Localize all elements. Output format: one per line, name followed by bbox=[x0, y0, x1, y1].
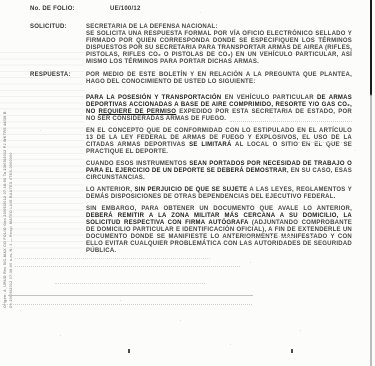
scan-artifact-line bbox=[15, 258, 210, 259]
scan-speck bbox=[128, 349, 130, 353]
right-edge-scan-line bbox=[370, 0, 372, 366]
scan-artifact-line bbox=[8, 295, 253, 296]
folio-value: UE/100/12 bbox=[86, 6, 352, 13]
solicitud-row: SOLICITUD: SECRETARIA DE LA DEFENSA NACI… bbox=[30, 24, 352, 66]
fax-header-line-1: Origen: A_URUD Rec 5/C-MAX CG FOLIO Gen … bbox=[3, 90, 7, 308]
scan-artifact-line bbox=[230, 121, 352, 122]
solicitud-label: SOLICITUD: bbox=[30, 24, 86, 66]
paper-speckle bbox=[0, 0, 1, 1]
scan-artifact-line bbox=[15, 266, 240, 267]
respuesta-label: RESPUESTA: bbox=[30, 72, 86, 255]
respuesta-paragraph-2: PARA LA POSESIÓN Y TRANSPORTACIÓN EN VEH… bbox=[86, 95, 352, 123]
scan-artifact-line bbox=[298, 142, 352, 143]
scan-speck bbox=[291, 349, 293, 353]
folio-label: No. DE FOLIO: bbox=[30, 6, 86, 13]
scan-artifact-line bbox=[55, 283, 205, 284]
solicitud-addressee: SECRETARIA DE LA DEFENSA NACIONAL: bbox=[86, 24, 352, 31]
respuesta-paragraph-4: CUANDO ESOS INSTRUMENTOS SEAN PORTADOS P… bbox=[86, 161, 352, 182]
respuesta-row: RESPUESTA: POR MEDIO DE ESTE BOLETÍN Y E… bbox=[30, 72, 352, 255]
scan-artifact-line bbox=[232, 236, 314, 237]
respuesta-paragraph-5: LO ANTERIOR, SIN PERJUICIO DE QUE SE SUJ… bbox=[86, 187, 352, 201]
scanned-document-page: Origen: A_URUD Rec 5/C-MAX CG FOLIO Gen … bbox=[0, 0, 375, 366]
respuesta-paragraph-1: POR MEDIO DE ESTE BOLETÍN Y EN RELACIÓN … bbox=[86, 72, 352, 86]
fax-header-line-2: De 20/08/2012 07:38:00 a.m. N: 1 — Resp:… bbox=[9, 90, 13, 308]
respuesta-body: POR MEDIO DE ESTE BOLETÍN Y EN RELACIÓN … bbox=[86, 72, 352, 255]
solicitud-body: SECRETARIA DE LA DEFENSA NACIONAL: SE SO… bbox=[86, 24, 352, 66]
respuesta-paragraph-6: SIN EMBARGO, PARA OBTENER UN DOCUMENTO Q… bbox=[86, 206, 352, 255]
folio-row: No. DE FOLIO: UE/100/12 bbox=[30, 6, 352, 13]
solicitud-paragraph: SE SOLICITA UNA RESPUESTA FORMAL POR VÍA… bbox=[86, 31, 352, 66]
document-body: No. DE FOLIO: UE/100/12 SOLICITUD: SECRE… bbox=[30, 6, 352, 255]
scan-artifact-line bbox=[2, 304, 252, 305]
